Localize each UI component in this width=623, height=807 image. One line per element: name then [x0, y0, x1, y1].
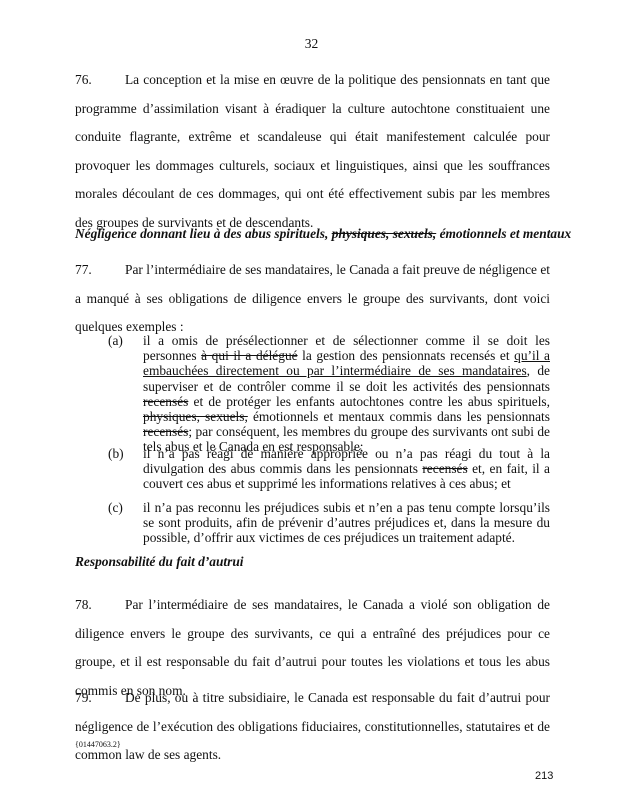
struck-text: recensés: [143, 424, 188, 439]
subparagraph-body: il n’a pas réagi de manière appropriée o…: [143, 446, 550, 492]
text: émotionnels et mentaux commis dans les p…: [248, 409, 550, 424]
section-heading-negligence: Négligence donnant lieu à des abus spiri…: [75, 226, 550, 242]
heading-text: émotionnels et mentaux: [436, 226, 571, 241]
subparagraph-body: il a omis de présélectionner et de sélec…: [143, 333, 550, 455]
header-page-number: 32: [0, 36, 623, 52]
paragraph-76: 76.La conception et la mise en œuvre de …: [75, 66, 550, 238]
struck-text: à qui il a délégué: [201, 348, 297, 363]
paragraph-text: Par l’intermédiaire de ses mandataires, …: [75, 262, 550, 334]
paragraph-79: 79.De plus, ou à titre subsidiaire, le C…: [75, 684, 550, 770]
text: la gestion des pensionnats recensés et: [298, 348, 515, 363]
subparagraph-label: (a): [108, 333, 123, 348]
paragraph-number: 79.: [75, 684, 125, 713]
paragraph-text: Par l’intermédiaire de ses mandataires, …: [75, 597, 550, 698]
heading-text: Négligence donnant lieu à des abus spiri…: [75, 226, 332, 241]
paragraph-number: 77.: [75, 256, 125, 285]
paragraph-number: 76.: [75, 66, 125, 95]
footer-page-number: 213: [535, 770, 553, 782]
subparagraph-label: (c): [108, 500, 123, 515]
struck-text: recensés: [422, 461, 467, 476]
struck-text: physiques, sexuels,: [143, 409, 248, 424]
subparagraph-b: (b) il n’a pas réagi de manière appropri…: [108, 446, 550, 492]
subparagraph-a: (a) il a omis de présélectionner et de s…: [108, 333, 550, 455]
section-heading-vicarious-liability: Responsabilité du fait d’autrui: [75, 554, 550, 570]
document-id: {01447063.2}: [75, 740, 121, 749]
struck-text: physiques, sexuels,: [332, 226, 437, 241]
paragraph-text: La conception et la mise en œuvre de la …: [75, 72, 550, 230]
subparagraph-label: (b): [108, 446, 124, 461]
struck-text: recensés: [143, 394, 188, 409]
paragraph-77: 77.Par l’intermédiaire de ses mandataire…: [75, 256, 550, 342]
document-page: 32 76.La conception et la mise en œuvre …: [0, 0, 623, 807]
subparagraph-c: (c) il n’a pas reconnu les préjudices su…: [108, 500, 550, 546]
paragraph-text: De plus, ou à titre subsidiaire, le Cana…: [75, 690, 550, 762]
paragraph-number: 78.: [75, 591, 125, 620]
subparagraph-body: il n’a pas reconnu les préjudices subis …: [143, 500, 550, 546]
text: et de protéger les enfants autochtones c…: [188, 394, 550, 409]
